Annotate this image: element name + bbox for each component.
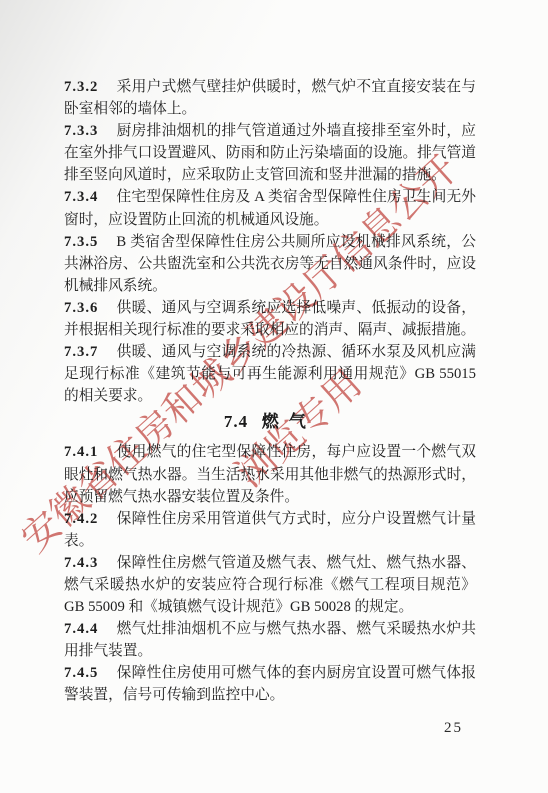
clause-text: 供暖、通风与空调系统的冷热源、循环水泵及风机应满足现行标准《建筑节能与可再生能源… <box>64 344 476 404</box>
section-heading-title: 燃气 <box>262 412 316 431</box>
clause-7-3-2: 7.3.2采用户式燃气壁挂炉供暖时，燃气炉不宜直接安装在与卧室相邻的墙体上。 <box>64 76 476 120</box>
clause-number: 7.3.3 <box>64 120 98 142</box>
clause-7-4-3: 7.4.3保障性住房燃气管道及燃气表、燃气灶、燃气热水器、燃气采暖热水炉的安装应… <box>64 552 476 618</box>
clause-text: 厨房排油烟机的排气管道通过外墙直接排至室外时，应在室外排气口设置避风、防雨和防止… <box>64 123 476 183</box>
clause-number: 7.3.2 <box>64 76 98 98</box>
page-content: 7.3.2采用户式燃气壁挂炉供暖时，燃气炉不宜直接安装在与卧室相邻的墙体上。 7… <box>64 76 476 707</box>
clause-number: 7.3.5 <box>64 231 98 253</box>
clause-7-3-7: 7.3.7供暖、通风与空调系统的冷热源、循环水泵及风机应满足现行标准《建筑节能与… <box>64 341 476 407</box>
document-page: 安徽省住房和城乡建设厅信息公开 浏览专用 7.3.2采用户式燃气壁挂炉供暖时，燃… <box>0 0 548 793</box>
clause-text: 保障性住房燃气管道及燃气表、燃气灶、燃气热水器、燃气采暖热水炉的安装应符合现行标… <box>64 555 476 615</box>
page-number: 25 <box>444 720 463 737</box>
clause-text: 使用燃气的住宅型保障性住房，每户应设置一个燃气双眼灶和燃气热水器。当生活热水采用… <box>64 444 476 504</box>
clause-7-4-5: 7.4.5保障性住房使用可燃气体的套内厨房宜设置可燃气体报警装置，信号可传输到监… <box>64 662 476 706</box>
clause-7-4-2: 7.4.2保障性住房采用管道供气方式时，应分户设置燃气计量表。 <box>64 508 476 552</box>
clause-text: B 类宿舍型保障性住房公共厕所应设机械排风系统，公共淋浴房、公共盥洗室和公共洗衣… <box>64 234 476 294</box>
clause-text: 保障性住房使用可燃气体的套内厨房宜设置可燃气体报警装置，信号可传输到监控中心。 <box>64 665 476 703</box>
section-heading: 7.4燃气 <box>64 411 476 433</box>
clause-7-3-4: 7.3.4住宅型保障性住房及 A 类宿舍型保障性住房卫生间无外窗时，应设置防止回… <box>64 186 476 230</box>
clause-7-3-6: 7.3.6供暖、通风与空调系统应选择低噪声、低振动的设备，并根据相关现行标准的要… <box>64 297 476 341</box>
clause-7-3-3: 7.3.3厨房排油烟机的排气管道通过外墙直接排至室外时，应在室外排气口设置避风、… <box>64 120 476 186</box>
clause-text: 燃气灶排油烟机不应与燃气热水器、燃气采暖热水炉共用排气装置。 <box>64 621 476 659</box>
clause-number: 7.4.3 <box>64 552 98 574</box>
clause-text: 采用户式燃气壁挂炉供暖时，燃气炉不宜直接安装在与卧室相邻的墙体上。 <box>64 79 476 117</box>
clause-7-4-4: 7.4.4燃气灶排油烟机不应与燃气热水器、燃气采暖热水炉共用排气装置。 <box>64 618 476 662</box>
clause-text: 保障性住房采用管道供气方式时，应分户设置燃气计量表。 <box>64 511 476 549</box>
clause-7-4-1: 7.4.1使用燃气的住宅型保障性住房，每户应设置一个燃气双眼灶和燃气热水器。当生… <box>64 441 476 507</box>
clause-number: 7.4.1 <box>64 441 98 463</box>
clause-number: 7.4.2 <box>64 508 98 530</box>
clause-text: 供暖、通风与空调系统应选择低噪声、低振动的设备，并根据相关现行标准的要求采取相应… <box>64 300 476 338</box>
clause-number: 7.4.5 <box>64 662 98 684</box>
clause-text: 住宅型保障性住房及 A 类宿舍型保障性住房卫生间无外窗时，应设置防止回流的机械通… <box>64 189 476 227</box>
clause-number: 7.3.4 <box>64 186 98 208</box>
clause-7-3-5: 7.3.5B 类宿舍型保障性住房公共厕所应设机械排风系统，公共淋浴房、公共盥洗室… <box>64 231 476 297</box>
clause-number: 7.3.6 <box>64 297 98 319</box>
section-heading-number: 7.4 <box>224 412 248 431</box>
clause-number: 7.3.7 <box>64 341 98 363</box>
clause-number: 7.4.4 <box>64 618 98 640</box>
